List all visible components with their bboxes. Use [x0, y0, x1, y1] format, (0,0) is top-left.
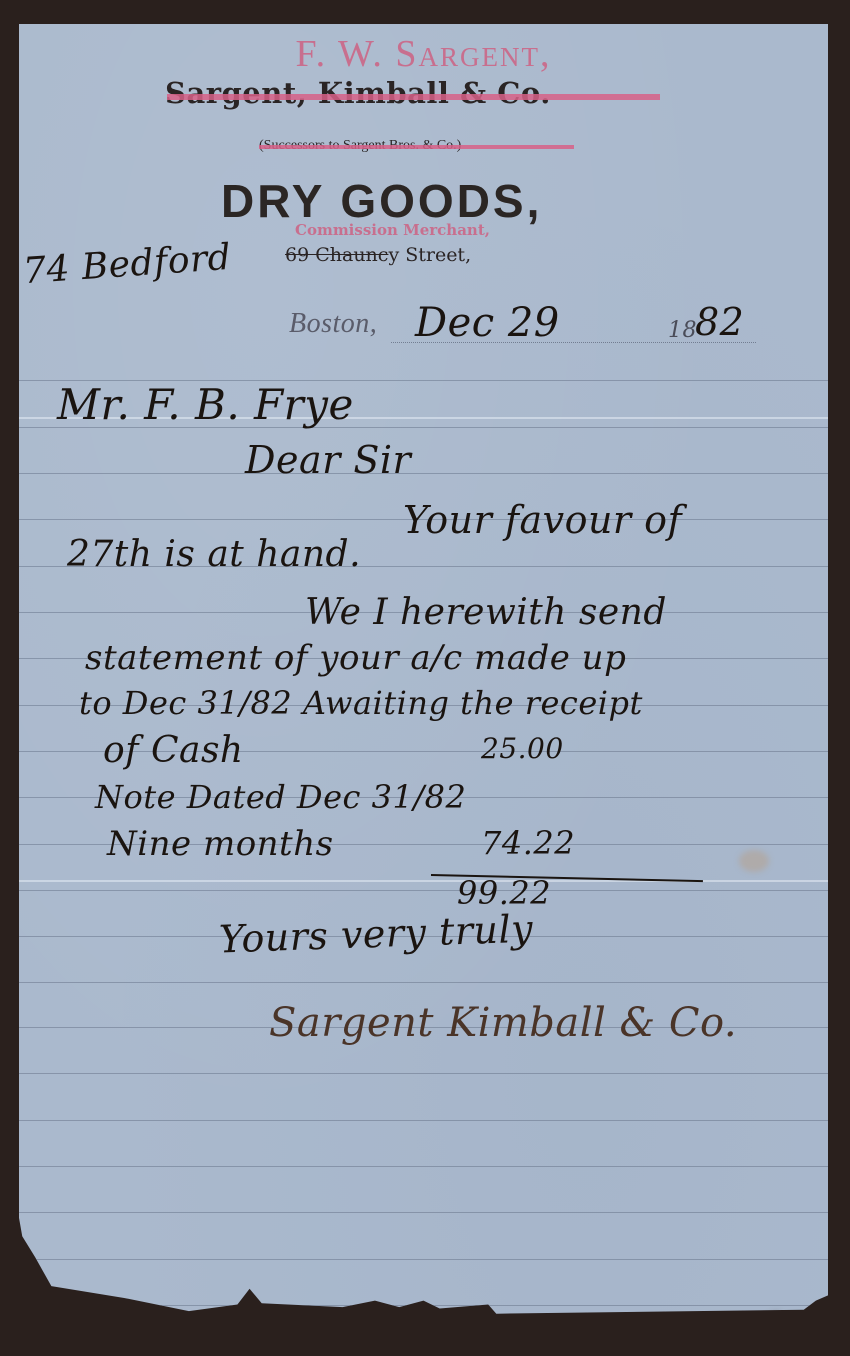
body-line-1: Your favour of	[403, 498, 682, 542]
closing: Yours very truly	[218, 907, 533, 962]
recipient-name: Mr. F. B. Frye	[57, 380, 354, 429]
body-line-8: Nine months	[107, 824, 334, 864]
ruled-line	[19, 1120, 828, 1121]
pink-strikethrough	[259, 145, 574, 149]
fold-crease	[19, 880, 828, 882]
address-rest: y Street,	[388, 244, 471, 266]
ruled-line	[19, 1305, 828, 1306]
total-amount: 99.22	[457, 874, 551, 912]
body-line-2: 27th is at hand.	[67, 534, 361, 575]
letterhead-city: Boston,	[289, 308, 377, 340]
date-month-day: Dec 29	[415, 300, 560, 346]
salutation: Dear Sir	[245, 438, 411, 482]
ruled-line	[19, 1259, 828, 1260]
body-line-5: to Dec 31/82 Awaiting the receipt	[79, 684, 643, 722]
letterhead-proprietor: F. W. Sargent,	[19, 32, 828, 76]
paper-stain	[767, 1312, 785, 1328]
year-suffix: 82	[695, 300, 744, 344]
address-struck: 69 Chaunc	[285, 244, 388, 266]
ruled-line	[19, 982, 828, 983]
letterhead-business: DRY GOODS,	[221, 174, 542, 228]
ruled-line	[19, 1073, 828, 1074]
signature: Sargent Kimball & Co.	[269, 1000, 737, 1046]
note-amount: 74.22	[481, 824, 575, 862]
body-line-6: of Cash	[103, 730, 244, 771]
paper-stain	[739, 850, 769, 872]
ruled-line	[19, 1212, 828, 1213]
ruled-line	[19, 890, 828, 891]
body-line-4: statement of your a/c made up	[85, 638, 626, 678]
pink-strikethrough	[167, 94, 660, 100]
letterhead-address: 69 Chauncy Street,	[285, 244, 471, 266]
body-line-7: Note Dated Dec 31/82	[95, 778, 466, 816]
letterhead-firm-struck: Sargent, Kimball & Co.	[165, 76, 551, 110]
body-line-3: We I herewith send	[305, 592, 667, 633]
cash-amount: 25.00	[481, 732, 564, 765]
letterhead-role: Commission Merchant,	[295, 221, 490, 239]
letter-paper: F. W. Sargent, Sargent, Kimball & Co. (S…	[19, 24, 828, 1336]
ruled-line	[19, 1166, 828, 1167]
ruled-line	[19, 473, 828, 474]
handwritten-address: 74 Bedford	[22, 237, 233, 292]
year-prefix: 18	[668, 318, 697, 343]
